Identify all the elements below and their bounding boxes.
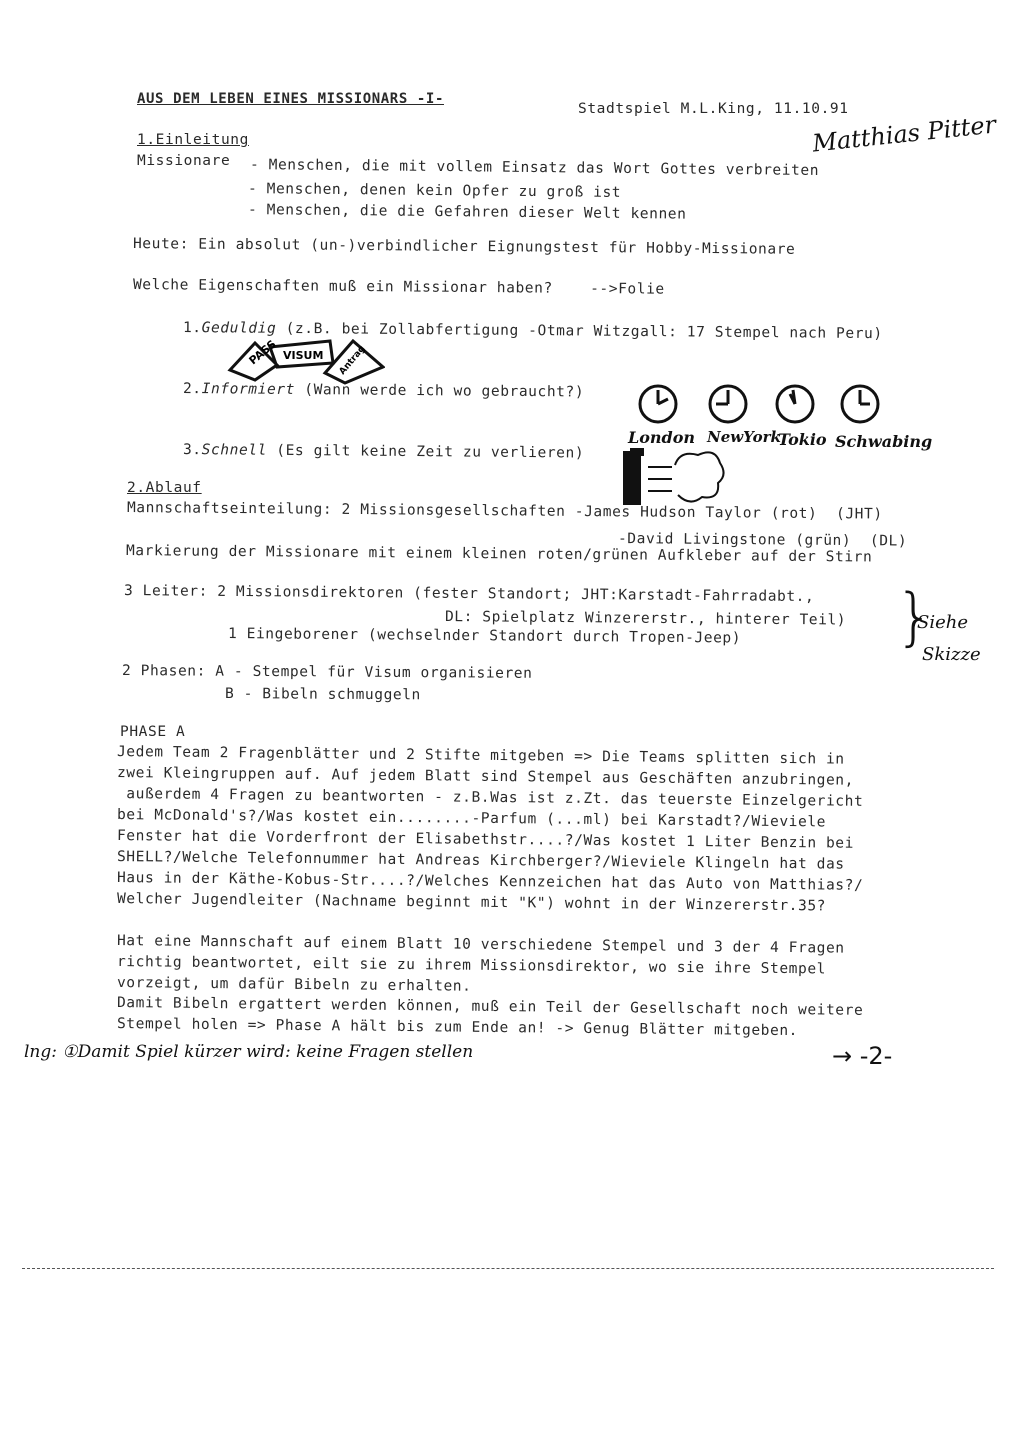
missionare-line: - Menschen, die die Gefahren dieser Welt… xyxy=(248,201,687,224)
leaders-note: Skizze xyxy=(922,644,981,665)
leaders-note: Siehe xyxy=(917,612,968,633)
speed-sketch-icon xyxy=(620,445,725,507)
phases-line: B - Bibeln schmuggeln xyxy=(225,685,421,704)
phase-a-heading: PHASE A xyxy=(120,723,185,741)
leaders-line: DL: Spielplatz Winzererstr., hinterer Te… xyxy=(445,608,846,630)
svg-text:Antrag: Antrag xyxy=(338,344,368,377)
section-heading-einleitung: 1.Einleitung xyxy=(137,131,249,149)
section-heading-ablauf: 2.Ablauf xyxy=(127,479,202,497)
leaders-line: 3 Leiter: 2 Missionsdirektoren (fester S… xyxy=(124,582,815,606)
trait-item: 2.Informiert (Wann werde ich wo gebrauch… xyxy=(183,380,584,402)
question-line: Welche Eigenschaften muß ein Missionar h… xyxy=(133,276,665,299)
handwritten-note: lng: ①Damit Spiel kürzer wird: keine Fra… xyxy=(24,1042,473,1062)
trait-item: 3.Schnell (Es gilt keine Zeit zu verlier… xyxy=(183,441,584,463)
missionare-line: - Menschen, denen kein Opfer zu groß ist xyxy=(248,180,621,202)
document-title: AUS DEM LEBEN EINES MISSIONARS -I- xyxy=(137,90,444,108)
svg-text:VISUM: VISUM xyxy=(283,349,323,362)
missionare-line: - Menschen, die mit vollem Einsatz das W… xyxy=(250,156,819,180)
clock-city-label: NewYork xyxy=(707,428,781,446)
today-line: Heute: Ein absolut (un-)verbindlicher Ei… xyxy=(133,235,796,259)
teams-line: Mannschaftseinteilung: 2 Missionsgesells… xyxy=(127,499,883,524)
phases-line: 2 Phasen: A - Stempel für Visum organisi… xyxy=(122,662,533,683)
clock-city-label: Schwabing xyxy=(835,432,932,451)
world-clocks-icon xyxy=(630,382,890,430)
leaders-line: 1 Eingeborener (wechselnder Standort dur… xyxy=(228,625,741,647)
page-divider xyxy=(22,1268,994,1269)
document-meta: Stadtspiel M.L.King, 11.10.91 xyxy=(578,100,849,118)
clock-city-label: Tokio xyxy=(778,430,827,449)
missionare-label: Missionare xyxy=(137,152,230,170)
next-page-marker: → -2- xyxy=(832,1042,892,1070)
documents-sketch-icon: PASS VISUM Antrag xyxy=(225,335,385,385)
